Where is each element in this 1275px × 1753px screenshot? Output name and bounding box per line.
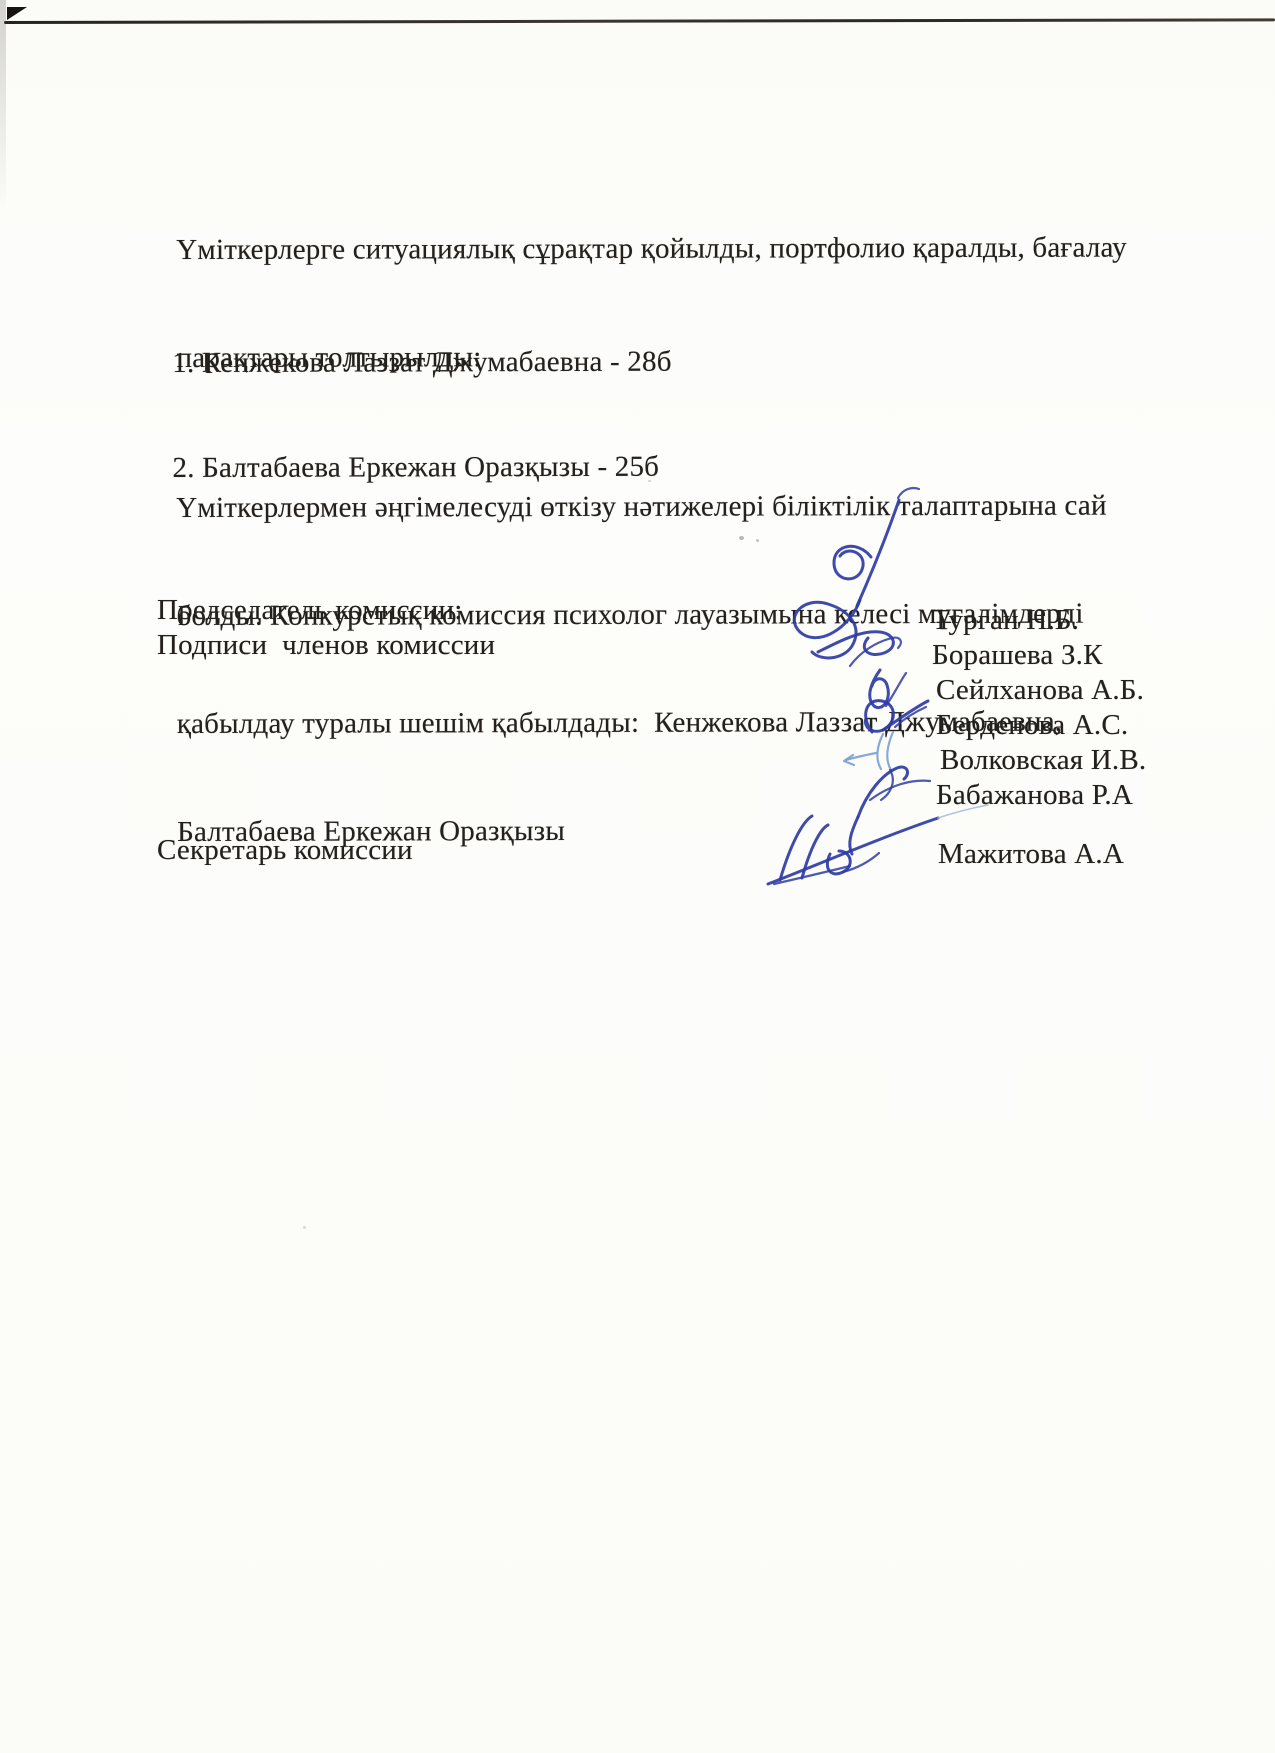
- scan-top-edge-line: [4, 18, 1275, 24]
- scan-left-edge-smudge: [0, 0, 6, 260]
- scan-corner-fold-mark: [7, 7, 27, 20]
- secretary-label: Секретарь комиссии: [157, 832, 413, 868]
- chairman-label: Председатель комиссии:: [157, 592, 462, 628]
- scan-speck: [303, 1226, 306, 1229]
- signature-mazhitova: [768, 805, 988, 884]
- candidate-item: 1. Кенжекова Лаззат Джумабаевна - 28б: [172, 345, 672, 381]
- members-signatures-label: Подписи членов комиссии: [157, 627, 495, 663]
- signature-babazhanova: [850, 767, 930, 854]
- paragraph-line: Үміткерлерге ситуациялық сұрақтар қойылд…: [176, 230, 1127, 268]
- signature-turgan-borasheva: [794, 488, 919, 666]
- scanned-document-page: Үміткерлерге ситуациялық сұрақтар қойылд…: [0, 0, 1275, 1753]
- signatures-ink-layer: [700, 480, 1000, 900]
